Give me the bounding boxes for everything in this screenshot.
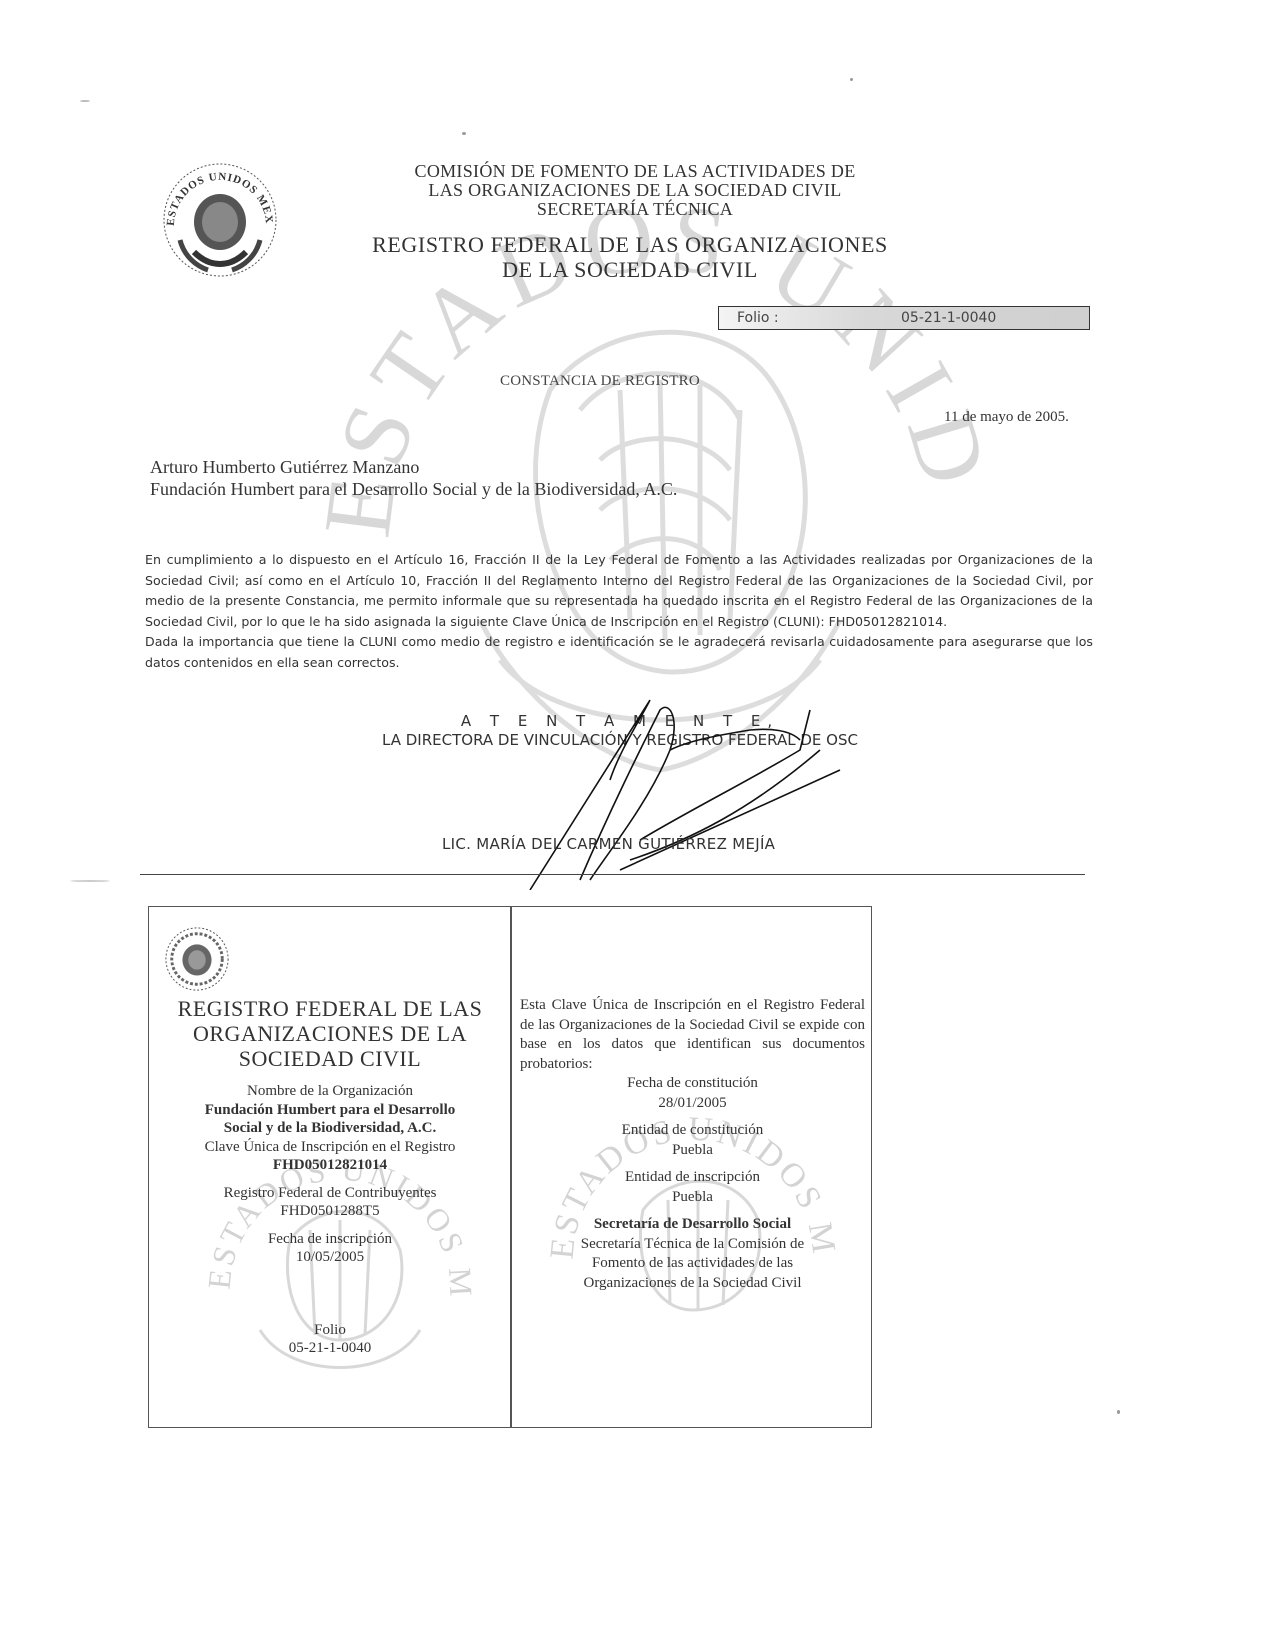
addressee: Arturo Humberto Gutiérrez Manzano Fundac…	[150, 456, 677, 500]
card-folio-value: 05-21-1-0040	[152, 1339, 508, 1358]
card-seal-icon	[163, 925, 231, 993]
issuer-heading: COMISIÓN DE FOMENTO DE LAS ACTIVIDADES D…	[340, 162, 930, 219]
issuer-line: LAS ORGANIZACIONES DE LA SOCIEDAD CIVIL	[340, 181, 930, 200]
issuer-line: COMISIÓN DE FOMENTO DE LAS ACTIVIDADES D…	[340, 162, 930, 181]
certificate-body: En cumplimiento a lo dispuesto en el Art…	[145, 550, 1093, 673]
issuer-line: SECRETARÍA TÉCNICA	[340, 200, 930, 219]
cluni-label: Clave Única de Inscripción en el Registr…	[152, 1138, 508, 1157]
registry-line: DE LA SOCIEDAD CIVIL	[330, 257, 930, 282]
inscription-entity-value: Puebla	[520, 1188, 865, 1208]
issuer-line: Organizaciones de la Sociedad Civil	[520, 1274, 865, 1294]
section-divider	[140, 874, 1085, 875]
ministry-name: Secretaría de Desarrollo Social	[520, 1215, 865, 1235]
inscription-entity-label: Entidad de inscripción	[520, 1168, 865, 1188]
rfc-value: FHD0501288T5	[152, 1202, 508, 1221]
card-title-line: ORGANIZACIONES DE LA	[152, 1021, 508, 1046]
inscription-date-value: 10/05/2005	[152, 1248, 508, 1267]
body-paragraph: En cumplimiento a lo dispuesto en el Art…	[145, 550, 1093, 632]
folio-value: 05-21-1-0040	[901, 310, 996, 326]
issuer-line: Fomento de las actividades de las	[520, 1254, 865, 1274]
folio-box: Folio : 05-21-1-0040	[718, 306, 1090, 330]
body-paragraph: Dada la importancia que tiene la CLUNI c…	[145, 632, 1093, 673]
registry-heading: REGISTRO FEDERAL DE LAS ORGANIZACIONES D…	[330, 232, 930, 282]
card-divider	[510, 906, 512, 1428]
constitution-date-label: Fecha de constitución	[520, 1074, 865, 1094]
scan-speck	[1117, 1410, 1120, 1414]
registry-line: REGISTRO FEDERAL DE LAS ORGANIZACIONES	[330, 232, 930, 257]
folio-label: Folio :	[737, 310, 779, 326]
certificate-date: 11 de mayo de 2005.	[944, 409, 1069, 426]
header-seal-icon: ESTADOS UNIDOS MEXICANOS	[160, 160, 280, 280]
signature-icon	[520, 690, 850, 890]
org-name-line: Fundación Humbert para el Desarrollo	[152, 1101, 508, 1120]
org-name-line: Social y de la Biodiversidad, A.C.	[152, 1119, 508, 1138]
card-title-line: REGISTRO FEDERAL DE LAS	[152, 996, 508, 1021]
org-name-label: Nombre de la Organización	[152, 1082, 508, 1101]
inscription-date-label: Fecha de inscripción	[152, 1230, 508, 1249]
constitution-entity-label: Entidad de constitución	[520, 1121, 865, 1141]
card-right-column: Esta Clave Única de Inscripción en el Re…	[520, 996, 865, 1293]
issuer-line: Secretaría Técnica de la Comisión de	[520, 1235, 865, 1255]
card-title-line: SOCIEDAD CIVIL	[152, 1046, 508, 1071]
addressee-org: Fundación Humbert para el Desarrollo Soc…	[150, 478, 677, 500]
card-title: REGISTRO FEDERAL DE LAS ORGANIZACIONES D…	[152, 996, 508, 1071]
constitution-date-value: 28/01/2005	[520, 1094, 865, 1114]
scan-speck	[80, 100, 90, 102]
scan-speck	[462, 132, 466, 135]
card-left-column: Nombre de la Organización Fundación Humb…	[152, 1082, 508, 1358]
constitution-entity-value: Puebla	[520, 1141, 865, 1161]
card-folio-label: Folio	[152, 1321, 508, 1340]
scan-speck	[850, 78, 853, 81]
addressee-name: Arturo Humberto Gutiérrez Manzano	[150, 456, 677, 478]
certificate-title: CONSTANCIA DE REGISTRO	[500, 373, 700, 390]
rfc-label: Registro Federal de Contribuyentes	[152, 1184, 508, 1203]
signer-name: LIC. MARÍA DEL CARMEN GUTIÉRREZ MEJÍA	[442, 835, 775, 853]
cluni-value: FHD05012821014	[152, 1156, 508, 1175]
scan-speck	[70, 880, 110, 882]
card-intro: Esta Clave Única de Inscripción en el Re…	[520, 996, 865, 1074]
